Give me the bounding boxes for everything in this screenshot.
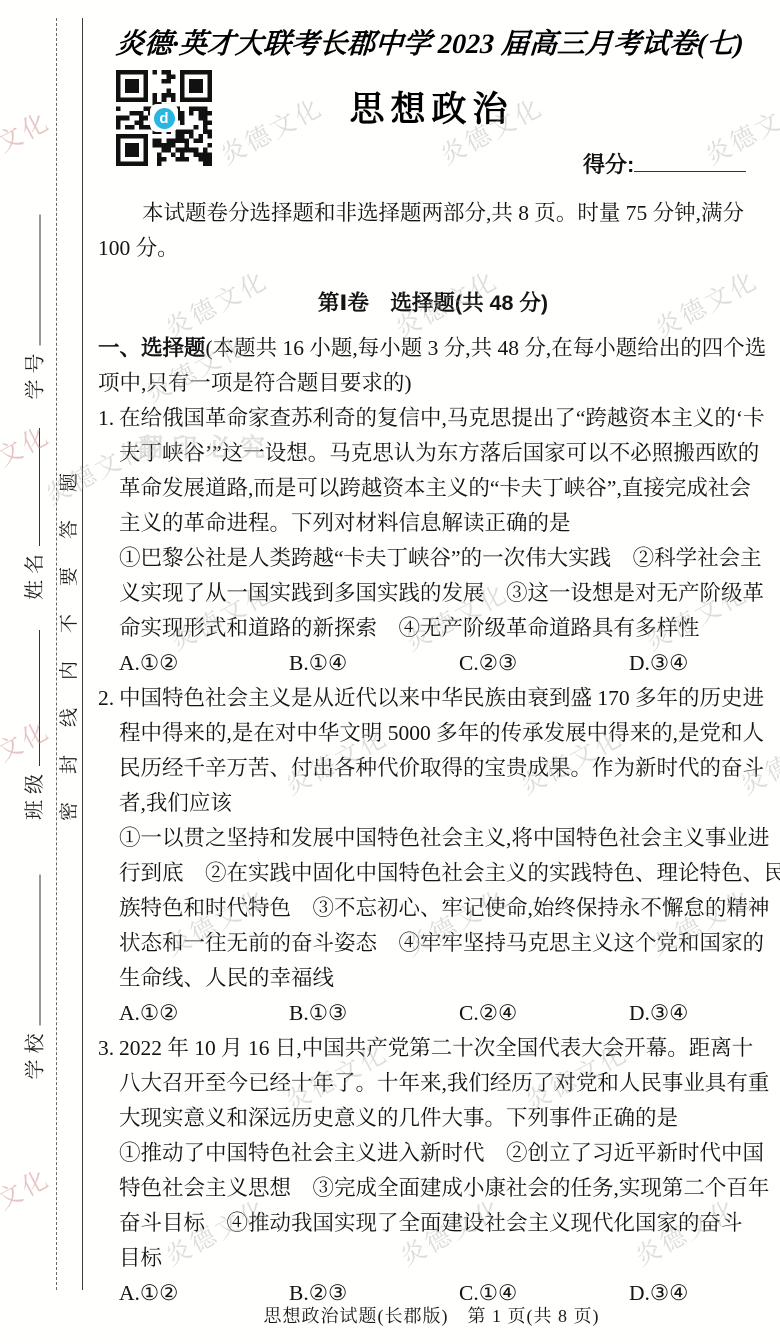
score-label: 得分: xyxy=(583,152,634,177)
question-text: 在给俄国革命家查苏利奇的复信中,马克思提出了“跨越资本主义的‘卡 xyxy=(119,406,765,430)
question-2-line: 民历经千辛万苦、付出各种代价取得的宝贵成果。作为新时代的奋斗 xyxy=(98,751,768,786)
option: C.②④ xyxy=(459,996,629,1031)
question-2-line: 生命线、人民的幸福线 xyxy=(98,961,768,996)
question-3-line: 大现实意义和深远历史意义的几件大事。下列事件正确的是 xyxy=(98,1101,768,1136)
option: B.①④ xyxy=(289,646,459,681)
question-3-line: 目标 xyxy=(98,1241,768,1276)
class-field: 班级 xyxy=(19,630,47,820)
question-text: 2022 年 10 月 16 日,中国共产党第二十次全国代表大会开幕。距离十 xyxy=(119,1036,753,1060)
watermark-brand: 炎德文化 xyxy=(0,1159,56,1243)
option: A.①② xyxy=(119,646,289,681)
option: D.③④ xyxy=(629,996,688,1031)
question-1-line: ①巴黎公社是人类跨越“卡夫丁峡谷”的一次伟大实践 ②科学社会主 xyxy=(98,541,768,576)
question-2-line: 2.中国特色社会主义是从近代以来中华民族由衰到盛 170 多年的历史进 xyxy=(98,681,768,716)
question-2-options: A.①②B.①③C.②④D.③④ xyxy=(98,996,768,1031)
section-title: 第Ⅰ卷 选择题(共 48 分) xyxy=(98,286,768,321)
field-label: 学校 xyxy=(25,1028,47,1080)
directions-line: 项中,只有一项是符合题目要求的) xyxy=(98,366,768,401)
question-3-line: 八大召开至今已经十年了。十年来,我们经历了对党和人民事业具有重 xyxy=(98,1066,768,1101)
question-1-line: 命实现形式和道路的新探索 ④无产阶级革命道路具有多样性 xyxy=(98,611,768,646)
page-footer: 思想政治试题(长郡版) 第 1 页(共 8 页) xyxy=(98,1302,765,1328)
score-blank-line xyxy=(634,151,746,172)
directions-line: 一、选择题(本题共 16 小题,每小题 3 分,共 48 分,在每小题给出的四个… xyxy=(98,331,768,366)
question-1-line: 夫丁峡谷’”这一设想。马克思认为东方落后国家可以不必照搬西欧的 xyxy=(98,436,768,471)
question-2-line: 者,我们应该 xyxy=(98,786,768,821)
question-3-line: 特色社会主义思想 ③完成全面建成小康社会的任务,实现第二个百年 xyxy=(98,1171,768,1206)
question-3-line: 奋斗目标 ④推动我国实现了全面建设社会主义现代化国家的奋斗 xyxy=(98,1206,768,1241)
question-2-line: ①一以贯之坚持和发展中国特色社会主义,将中国特色社会主义事业进 xyxy=(98,821,768,856)
field-label: 班级 xyxy=(25,768,47,820)
question-3-line: 3.2022 年 10 月 16 日,中国共产党第二十次全国代表大会开幕。距离十 xyxy=(98,1031,768,1066)
question-2-line: 程中得来的,是在对中华文明 5000 多年的传承发展中得来的,是党和人 xyxy=(98,716,768,751)
question-body: 本试题卷分选择题和非选择题两部分,共 8 页。时量 75 分钟,满分100 分。… xyxy=(98,196,768,1311)
question-1-line: 义实现了从一国实践到多国实践的发展 ③这一设想是对无产阶级革 xyxy=(98,576,768,611)
question-1-line: 1.在给俄国革命家查苏利奇的复信中,马克思提出了“跨越资本主义的‘卡 xyxy=(98,401,768,436)
option: A.①② xyxy=(119,996,289,1031)
question-2-line: 族特色和时代特色 ③不忘初心、牢记使命,始终保持永不懈怠的精神 xyxy=(98,891,768,926)
subject-title: 思想政治 xyxy=(98,82,765,132)
question-3-line: ①推动了中国特色社会主义进入新时代 ②创立了习近平新时代中国 xyxy=(98,1136,768,1171)
field-blank-line xyxy=(39,428,40,546)
question-1-line: 主义的革命进程。下列对材料信息解读正确的是 xyxy=(98,506,768,541)
intro-line: 本试题卷分选择题和非选择题两部分,共 8 页。时量 75 分钟,满分 xyxy=(98,196,768,231)
name-field: 姓名 xyxy=(19,428,47,600)
question-2-line: 状态和一往无前的奋斗姿态 ④牢牢坚持马克思主义这个党和国家的 xyxy=(98,926,768,961)
school-field: 学校 xyxy=(19,875,47,1080)
field-label: 学号 xyxy=(25,348,47,400)
question-2-line: 行到底 ②在实践中固化中国特色社会主义的实践特色、理论特色、民 xyxy=(98,856,768,891)
option: C.②③ xyxy=(459,646,629,681)
field-blank-line xyxy=(39,215,40,346)
score-row: 得分: xyxy=(583,148,746,179)
exam-page: 密封线内不要答题 炎德·英才大联考长郡中学 2023 届高三月考试卷(七) d … xyxy=(0,0,780,1344)
seal-warning-text: 密封线内不要答题 xyxy=(54,433,84,833)
field-blank-line xyxy=(39,630,40,766)
question-number: 1. xyxy=(98,401,119,436)
question-text: 中国特色社会主义是从近代以来中华民族由衰到盛 170 多年的历史进 xyxy=(119,686,764,710)
directions-label: 一、选择题 xyxy=(98,336,206,360)
option: B.①③ xyxy=(289,996,459,1031)
question-number: 2. xyxy=(98,681,119,716)
directions-text: (本题共 16 小题,每小题 3 分,共 48 分,在每小题给出的四个选 xyxy=(206,336,767,360)
question-number: 3. xyxy=(98,1031,119,1066)
question-1-line: 革命发展道路,而是可以跨越资本主义的“卡夫丁峡谷”,直接完成社会 xyxy=(98,471,768,506)
student-id-field: 学号 xyxy=(19,215,47,400)
field-blank-line xyxy=(39,875,40,1026)
option: D.③④ xyxy=(629,646,688,681)
exam-title: 炎德·英才大联考长郡中学 2023 届高三月考试卷(七) xyxy=(94,22,766,62)
intro-line: 100 分。 xyxy=(98,231,768,266)
watermark-brand: 炎德文化 xyxy=(0,102,56,186)
field-label: 姓名 xyxy=(25,548,47,600)
question-1-options: A.①②B.①④C.②③D.③④ xyxy=(98,646,768,681)
